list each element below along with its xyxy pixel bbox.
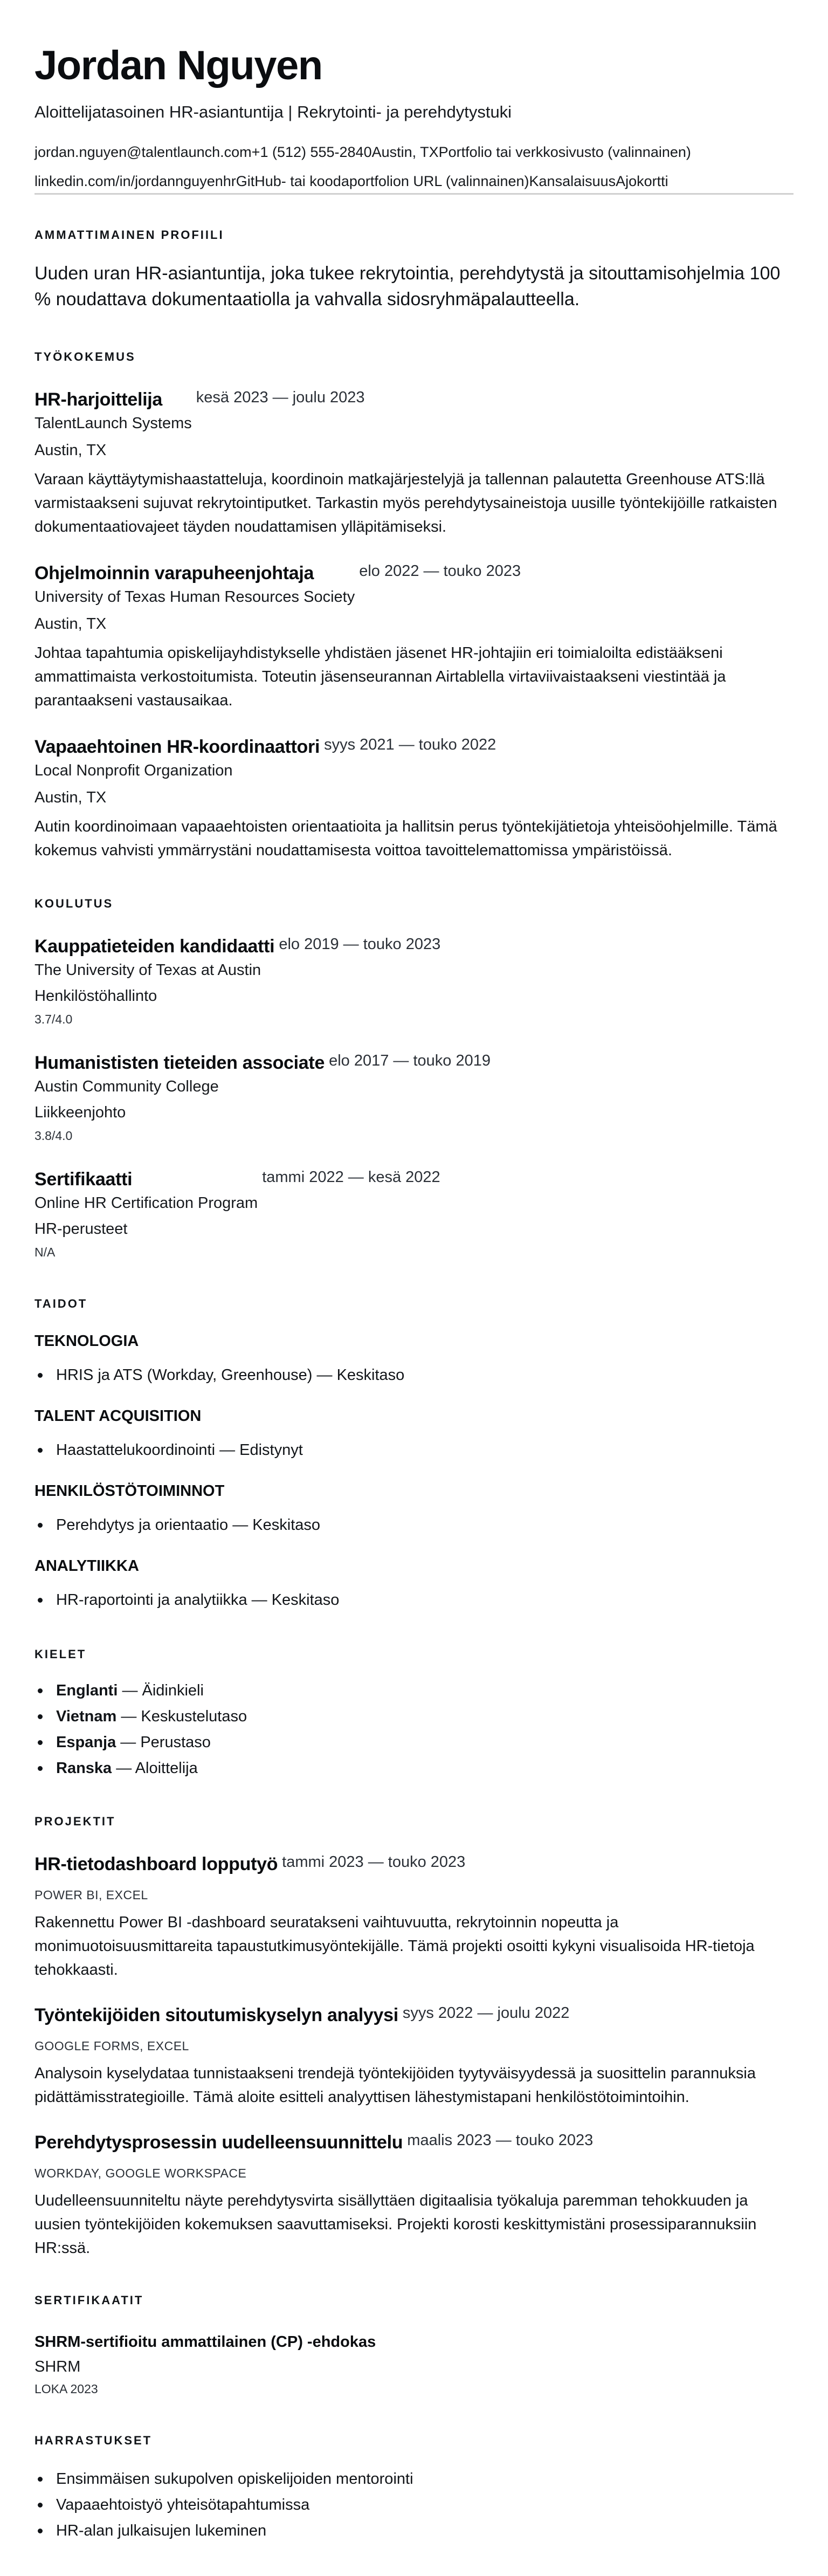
contact-line-1: jordan.nguyen@talentlaunch.com +1 (512) … xyxy=(34,142,793,162)
job-location: Austin, TX xyxy=(34,439,793,461)
section-heading: PROJEKTIT xyxy=(34,1815,793,1829)
project-tech: POWER BI, EXCEL xyxy=(34,1886,793,1904)
language-name: Vietnam xyxy=(56,1708,116,1725)
language-item: Vietnam — Keskustelutaso xyxy=(34,1703,793,1729)
section-heading: HARRASTUKSET xyxy=(34,2434,793,2448)
skill-list: HR-raportointi ja analytiikka — Keskitas… xyxy=(34,1587,793,1613)
skill-group: TEKNOLOGIA HRIS ja ATS (Workday, Greenho… xyxy=(34,1332,793,1388)
company-name: Local Nonprofit Organization xyxy=(34,760,320,781)
contact-info: jordan.nguyen@talentlaunch.com +1 (512) … xyxy=(34,142,793,191)
project-tech: WORKDAY, GOOGLE WORKSPACE xyxy=(34,2164,793,2182)
project-title: Perehdytysprosessin uudelleensuunnittelu xyxy=(34,2131,403,2154)
certification-issuer: SHRM xyxy=(34,2356,793,2378)
skill-group: HENKILÖSTÖTOIMINNOT Perehdytys ja orient… xyxy=(34,1482,793,1538)
section-heading: AMMATTIMAINEN PROFIILI xyxy=(34,228,793,242)
language-name: Ranska xyxy=(56,1760,112,1777)
language-list: Englanti — Äidinkieli Vietnam — Keskuste… xyxy=(34,1678,793,1781)
language-name: Englanti xyxy=(56,1682,118,1699)
project-tech: GOOGLE FORMS, EXCEL xyxy=(34,2037,793,2055)
resume-page: Jordan Nguyen Aloittelijatasoinen HR-asi… xyxy=(0,0,828,2576)
candidate-name: Jordan Nguyen xyxy=(34,43,793,88)
languages-section: KIELET Englanti — Äidinkieli Vietnam — K… xyxy=(34,1647,793,1781)
skill-category: ANALYTIIKKA xyxy=(34,1557,793,1575)
gpa: 3.7/4.0 xyxy=(34,1010,793,1028)
skill-item: HR-raportointi ja analytiikka — Keskitas… xyxy=(34,1587,793,1613)
field-of-study: Liikkeenjohto xyxy=(34,1102,793,1123)
linkedin-link[interactable]: linkedin.com/in/jordannguyenhr xyxy=(34,171,236,191)
contact-line-2: linkedin.com/in/jordannguyenhr GitHub- t… xyxy=(34,171,793,191)
section-heading: TYÖKOKEMUS xyxy=(34,350,793,364)
company-name: University of Texas Human Resources Soci… xyxy=(34,586,355,608)
language-item: Englanti — Äidinkieli xyxy=(34,1678,793,1703)
gpa: N/A xyxy=(34,1243,793,1261)
project-description: Analysoin kyselydataa tunnistaakseni tre… xyxy=(34,2062,793,2109)
job-dates: elo 2022 — touko 2023 xyxy=(359,561,521,581)
education-entry: Sertifikaatti tammi 2022 — kesä 2022 Onl… xyxy=(34,1167,793,1261)
section-heading: KIELET xyxy=(34,1647,793,1661)
school-name: The University of Texas at Austin xyxy=(34,959,274,981)
interests-section: HARRASTUKSET Ensimmäisen sukupolven opis… xyxy=(34,2434,793,2544)
project-entry: Työntekijöiden sitoutumiskyselyn analyys… xyxy=(34,2003,793,2109)
project-dates: syys 2022 — joulu 2022 xyxy=(403,2003,570,2027)
job-location: Austin, TX xyxy=(34,787,793,808)
citizenship-text: Kansalaisuus xyxy=(529,171,616,191)
education-entry: Humanististen tieteiden associate elo 20… xyxy=(34,1051,793,1145)
skill-group: TALENT ACQUISITION Haastattelukoordinoin… xyxy=(34,1407,793,1463)
job-description: Varaan käyttäytymishaastatteluja, koordi… xyxy=(34,468,793,539)
project-entry: Perehdytysprosessin uudelleensuunnittelu… xyxy=(34,2131,793,2260)
certification-entry: SHRM-sertifioitu ammattilainen (CP) -ehd… xyxy=(34,2331,793,2398)
candidate-headline: Aloittelijatasoinen HR-asiantuntija | Re… xyxy=(34,102,793,122)
degree-title: Kauppatieteiden kandidaatti xyxy=(34,935,274,958)
education-section: KOULUTUS Kauppatieteiden kandidaatti elo… xyxy=(34,897,793,1261)
education-dates: elo 2019 — touko 2023 xyxy=(279,935,440,954)
education-dates: elo 2017 — touko 2019 xyxy=(329,1051,491,1070)
project-entry: HR-tietodashboard lopputyö tammi 2023 — … xyxy=(34,1852,793,1982)
experience-section: TYÖKOKEMUS HR-harjoittelija kesä 2023 — … xyxy=(34,350,793,862)
skills-section: TAIDOT TEKNOLOGIA HRIS ja ATS (Workday, … xyxy=(34,1297,793,1613)
skill-category: TALENT ACQUISITION xyxy=(34,1407,793,1425)
gpa: 3.8/4.0 xyxy=(34,1126,793,1145)
project-dates: tammi 2023 — touko 2023 xyxy=(282,1852,465,1876)
project-dates: maalis 2023 — touko 2023 xyxy=(407,2131,593,2154)
field-of-study: Henkilöstöhallinto xyxy=(34,985,793,1007)
section-heading: KOULUTUS xyxy=(34,897,793,911)
school-name: Austin Community College xyxy=(34,1076,325,1097)
skill-item: HRIS ja ATS (Workday, Greenhouse) — Kesk… xyxy=(34,1362,793,1388)
language-level: — Äidinkieli xyxy=(118,1682,204,1699)
job-title: Ohjelmoinnin varapuheenjohtaja xyxy=(34,561,355,585)
interest-item: HR-alan julkaisujen lukeminen xyxy=(34,2518,793,2544)
certification-name: SHRM-sertifioitu ammattilainen (CP) -ehd… xyxy=(34,2331,793,2353)
field-of-study: HR-perusteet xyxy=(34,1218,793,1240)
section-heading: SERTIFIKAATIT xyxy=(34,2293,793,2307)
skill-category: TEKNOLOGIA xyxy=(34,1332,793,1350)
language-level: — Keskustelutaso xyxy=(116,1708,247,1725)
experience-entry: Vapaaehtoinen HR-koordinaattori syys 202… xyxy=(34,735,793,862)
resume-header: Jordan Nguyen Aloittelijatasoinen HR-asi… xyxy=(34,43,793,195)
skill-list: Haastattelukoordinointi — Edistynyt xyxy=(34,1437,793,1463)
profile-section: AMMATTIMAINEN PROFIILI Uuden uran HR-asi… xyxy=(34,228,793,312)
language-level: — Perustaso xyxy=(116,1734,211,1751)
phone-number[interactable]: +1 (512) 555-2840 xyxy=(252,142,372,162)
job-dates: syys 2021 — touko 2022 xyxy=(324,735,496,754)
profile-summary: Uuden uran HR-asiantuntija, joka tukee r… xyxy=(34,260,793,312)
certifications-section: SERTIFIKAATIT SHRM-sertifioitu ammattila… xyxy=(34,2293,793,2398)
location-text: Austin, TX xyxy=(372,142,439,162)
header-divider xyxy=(34,193,793,195)
degree-title: Sertifikaatti xyxy=(34,1167,258,1191)
education-dates: tammi 2022 — kesä 2022 xyxy=(262,1167,440,1187)
job-description: Autin koordinoimaan vapaaehtoisten orien… xyxy=(34,815,793,862)
language-level: — Aloittelija xyxy=(112,1760,198,1777)
skill-item: Haastattelukoordinointi — Edistynyt xyxy=(34,1437,793,1463)
project-title: HR-tietodashboard lopputyö xyxy=(34,1852,278,1876)
drivers-license-text: Ajokortti xyxy=(616,171,668,191)
job-location: Austin, TX xyxy=(34,613,793,635)
project-description: Uudelleensuunniteltu näyte perehdytysvir… xyxy=(34,2189,793,2260)
job-title: HR-harjoittelija xyxy=(34,388,192,411)
projects-section: PROJEKTIT HR-tietodashboard lopputyö tam… xyxy=(34,1815,793,2260)
interest-item: Ensimmäisen sukupolven opiskelijoiden me… xyxy=(34,2466,793,2492)
portfolio-link[interactable]: Portfolio tai verkkosivusto (valinnainen… xyxy=(439,142,691,162)
email-link[interactable]: jordan.nguyen@talentlaunch.com xyxy=(34,142,252,162)
degree-title: Humanististen tieteiden associate xyxy=(34,1051,325,1075)
skill-list: HRIS ja ATS (Workday, Greenhouse) — Kesk… xyxy=(34,1362,793,1388)
skill-category: HENKILÖSTÖTOIMINNOT xyxy=(34,1482,793,1500)
section-heading: TAIDOT xyxy=(34,1297,793,1311)
language-name: Espanja xyxy=(56,1734,116,1751)
github-link[interactable]: GitHub- tai koodaportfolion URL (valinna… xyxy=(236,171,529,191)
job-description: Johtaa tapahtumia opiskelijayhdistyksell… xyxy=(34,641,793,712)
education-entry: Kauppatieteiden kandidaatti elo 2019 — t… xyxy=(34,935,793,1028)
interest-list: Ensimmäisen sukupolven opiskelijoiden me… xyxy=(34,2466,793,2544)
skill-list: Perehdytys ja orientaatio — Keskitaso xyxy=(34,1512,793,1538)
experience-entry: Ohjelmoinnin varapuheenjohtaja elo 2022 … xyxy=(34,561,793,712)
job-title: Vapaaehtoinen HR-koordinaattori xyxy=(34,735,320,759)
project-title: Työntekijöiden sitoutumiskyselyn analyys… xyxy=(34,2003,398,2027)
skill-item: Perehdytys ja orientaatio — Keskitaso xyxy=(34,1512,793,1538)
interest-item: Vapaaehtoistyö yhteisötapahtumissa xyxy=(34,2492,793,2518)
job-dates: kesä 2023 — joulu 2023 xyxy=(196,388,365,407)
language-item: Ranska — Aloittelija xyxy=(34,1755,793,1781)
certification-date: LOKA 2023 xyxy=(34,2380,793,2398)
project-description: Rakennettu Power BI -dashboard seurataks… xyxy=(34,1911,793,1982)
experience-entry: HR-harjoittelija kesä 2023 — joulu 2023 … xyxy=(34,388,793,539)
language-item: Espanja — Perustaso xyxy=(34,1729,793,1755)
skill-group: ANALYTIIKKA HR-raportointi ja analytiikk… xyxy=(34,1557,793,1613)
school-name: Online HR Certification Program xyxy=(34,1192,258,1214)
company-name: TalentLaunch Systems xyxy=(34,413,192,434)
